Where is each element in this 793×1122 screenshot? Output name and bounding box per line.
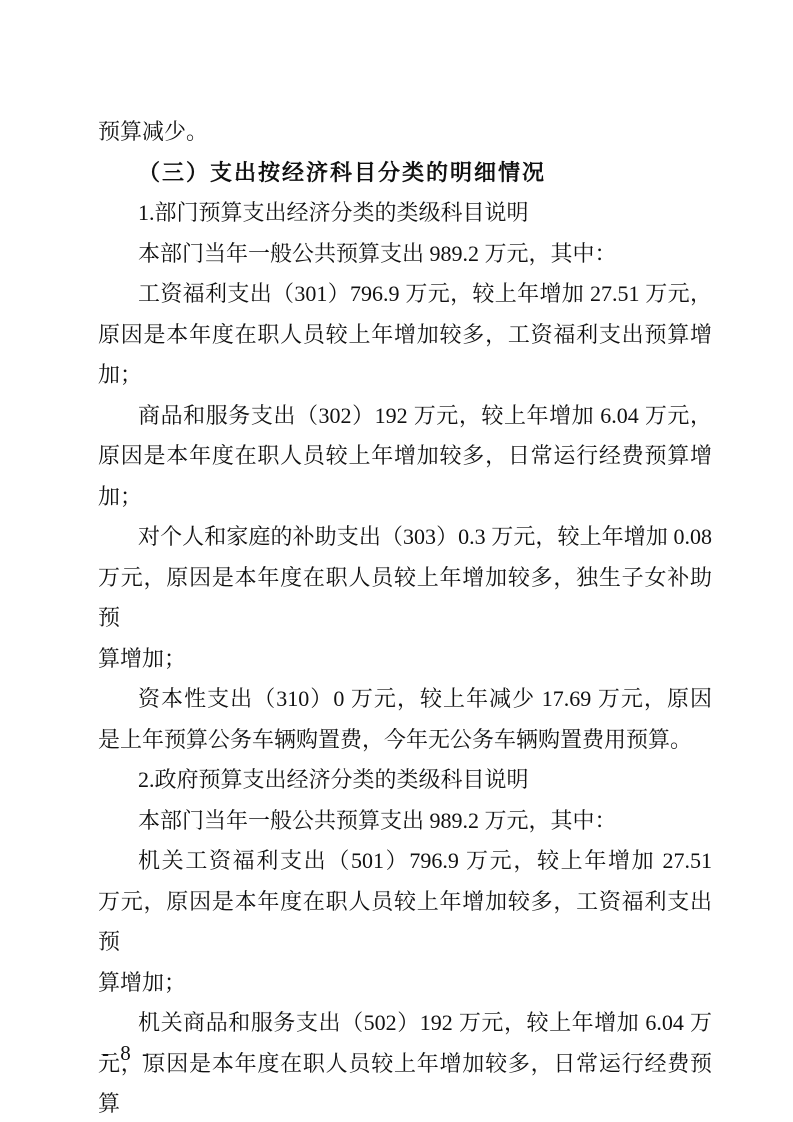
text-line: 元，原因是本年度在职人员较上年增加较多，日常运行经费预算 xyxy=(98,1044,712,1122)
text-line: 万元，原因是本年度在职人员较上年增加较多，独生子女补助预 xyxy=(98,558,712,639)
text-line: 原因是本年度在职人员较上年增加较多，工资福利支出预算增 xyxy=(98,315,712,356)
text-line: 本部门当年一般公共预算支出 989.2 万元，其中： xyxy=(98,234,712,275)
paragraph: 本部门当年一般公共预算支出 989.2 万元，其中： xyxy=(98,801,712,842)
text-line: 商品和服务支出（302）192 万元，较上年增加 6.04 万元， xyxy=(98,396,712,437)
text-line: 是上年预算公务车辆购置费，今年无公务车辆购置费用预算。 xyxy=(98,720,712,761)
text-line: 算增加； xyxy=(98,639,712,680)
paragraph: 预算减少。 xyxy=(98,112,712,153)
paragraph: 工资福利支出（301）796.9 万元，较上年增加 27.51 万元，原因是本年… xyxy=(98,274,712,396)
text-line: （三）支出按经济科目分类的明细情况 xyxy=(98,153,712,194)
paragraph: 机关商品和服务支出（502）192 万元，较上年增加 6.04 万元，原因是本年… xyxy=(98,1003,712,1122)
text-line: 算增加； xyxy=(98,963,712,1004)
text-line: 原因是本年度在职人员较上年增加较多，日常运行经费预算增 xyxy=(98,436,712,477)
text-line: 1.部门预算支出经济分类的类级科目说明 xyxy=(98,193,712,234)
document-body: 预算减少。（三）支出按经济科目分类的明细情况1.部门预算支出经济分类的类级科目说… xyxy=(98,112,712,1122)
paragraph: 商品和服务支出（302）192 万元，较上年增加 6.04 万元，原因是本年度在… xyxy=(98,396,712,518)
text-line: 万元，原因是本年度在职人员较上年增加较多，工资福利支出预 xyxy=(98,882,712,963)
text-line: 资本性支出（310）0 万元，较上年减少 17.69 万元，原因 xyxy=(98,679,712,720)
paragraph: 本部门当年一般公共预算支出 989.2 万元，其中： xyxy=(98,234,712,275)
section-heading: （三）支出按经济科目分类的明细情况 xyxy=(98,153,712,194)
text-line: 加； xyxy=(98,477,712,518)
subsection-heading: 1.部门预算支出经济分类的类级科目说明 xyxy=(98,193,712,234)
subsection-heading: 2.政府预算支出经济分类的类级科目说明 xyxy=(98,760,712,801)
a4-document-page: 预算减少。（三）支出按经济科目分类的明细情况1.部门预算支出经济分类的类级科目说… xyxy=(0,0,793,1122)
page-number: - 8 - xyxy=(102,1041,152,1066)
text-line: 工资福利支出（301）796.9 万元，较上年增加 27.51 万元， xyxy=(98,274,712,315)
text-line: 机关商品和服务支出（502）192 万元，较上年增加 6.04 万 xyxy=(98,1003,712,1044)
paragraph: 机关工资福利支出（501）796.9 万元，较上年增加 27.51万元，原因是本… xyxy=(98,841,712,1003)
text-line: 预算减少。 xyxy=(98,112,712,153)
paragraph: 对个人和家庭的补助支出（303）0.3 万元，较上年增加 0.08万元，原因是本… xyxy=(98,517,712,679)
text-line: 本部门当年一般公共预算支出 989.2 万元，其中： xyxy=(98,801,712,842)
text-line: 2.政府预算支出经济分类的类级科目说明 xyxy=(98,760,712,801)
paragraph: 资本性支出（310）0 万元，较上年减少 17.69 万元，原因是上年预算公务车… xyxy=(98,679,712,760)
text-line: 机关工资福利支出（501）796.9 万元，较上年增加 27.51 xyxy=(98,841,712,882)
text-line: 对个人和家庭的补助支出（303）0.3 万元，较上年增加 0.08 xyxy=(98,517,712,558)
text-line: 加； xyxy=(98,355,712,396)
